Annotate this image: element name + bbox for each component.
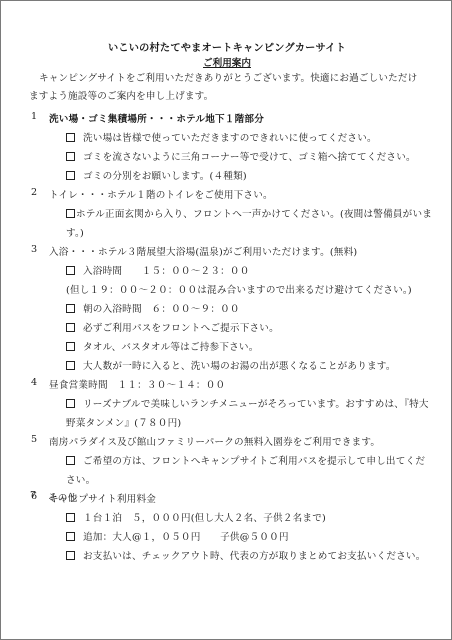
checkbox-square-icon: [66, 209, 75, 218]
checkbox-square-icon: [66, 532, 75, 541]
list-item: リーズナブルで美味しいランチメニューがそろっています。おすすめは、『特大: [66, 396, 429, 410]
section-number: 1: [31, 111, 37, 122]
section-number: 2: [31, 187, 37, 198]
page-title: いこいの村たてやまオートキャンピングカーサイト: [1, 39, 452, 54]
section-heading: キャンプサイト利用料金: [49, 491, 156, 505]
checkbox-square-icon: [66, 171, 75, 180]
section-number: 3: [31, 244, 37, 255]
section-number: 6: [31, 491, 37, 502]
list-item-note: (但し１９：００～２０：００は混み合いますので出来るだけ避けてください。): [66, 282, 412, 296]
list-item: 大人数が一時に入ると、洗い場のお湯の出が悪くなることがあります。: [66, 358, 396, 372]
section-heading: 入浴・・・ホテル３階展望大浴場(温泉)がご利用いただけます。(無料): [49, 244, 357, 258]
list-item-continuation: さい。: [66, 472, 95, 486]
list-item: ゴミを流さないように三角コーナー等で受けて、ゴミ箱へ捨ててください。: [66, 149, 416, 163]
list-item: ゴミの分別をお願いします。(４種類): [66, 168, 247, 182]
list-item: タオル、バスタオル等はご持参下さい。: [66, 339, 259, 353]
checkbox-square-icon: [66, 266, 75, 275]
section-heading: トイレ・・・ホテル１階のトイレをご使用下さい。: [49, 187, 273, 201]
list-item: 朝の入浴時間 ６：００～９：００: [66, 301, 240, 315]
page-subtitle: ご利用案内: [1, 55, 452, 69]
checkbox-square-icon: [66, 456, 75, 465]
checkbox-square-icon: [66, 323, 75, 332]
list-item: 必ずご利用パスをフロントへご提示下さい。: [66, 320, 279, 334]
intro-paragraph: キャンピングサイトをご利用いただきありがとうございます。快適にお過ごしいただけま…: [29, 70, 427, 106]
checkbox-square-icon: [66, 133, 75, 142]
checkbox-square-icon: [66, 513, 75, 522]
list-item-continuation: す。): [66, 225, 84, 239]
section-number: 4: [31, 377, 37, 388]
list-item: ホテル正面玄関から入り、フロントへ一声かけてください。(夜間は警備員がいま: [66, 206, 432, 220]
checkbox-square-icon: [66, 342, 75, 351]
list-item-continuation: 野菜タンメン』(７８０円): [66, 415, 181, 429]
section-heading: 洗い場・ゴミ集積場所・・・ホテル地下１階部分: [49, 111, 264, 125]
section-number: 5: [31, 434, 37, 445]
checkbox-square-icon: [66, 551, 75, 560]
list-item: 追加：大人@１，０５０円 子供@５００円: [66, 529, 289, 543]
checkbox-square-icon: [66, 152, 75, 161]
list-item: お支払いは、チェックアウト時、代表の方が取りまとめてお支払いください。: [66, 548, 426, 562]
list-item: ご希望の方は、フロントへキャンプサイトご利用パスを提示して申し出てくだ: [66, 453, 425, 467]
section-heading: 昼食営業時間 １１：３０～１４：００: [49, 377, 225, 391]
checkbox-square-icon: [66, 304, 75, 313]
checkbox-square-icon: [66, 361, 75, 370]
section-heading: 南房パラダイス及び館山ファミリーパークの無料入園券をご利用できます。: [49, 434, 380, 448]
list-item: １台１泊 ５，０００円(但し大人２名、子供２名まで): [66, 510, 326, 524]
checkbox-square-icon: [66, 399, 75, 408]
list-item: 洗い場は皆様で使っていただきますのできれいに使ってください。: [66, 130, 377, 144]
document-page: いこいの村たてやまオートキャンピングカーサイト ご利用案内 キャンピングサイトを…: [0, 0, 452, 640]
list-item: 入浴時間 １５：００～２３：００: [66, 263, 250, 277]
